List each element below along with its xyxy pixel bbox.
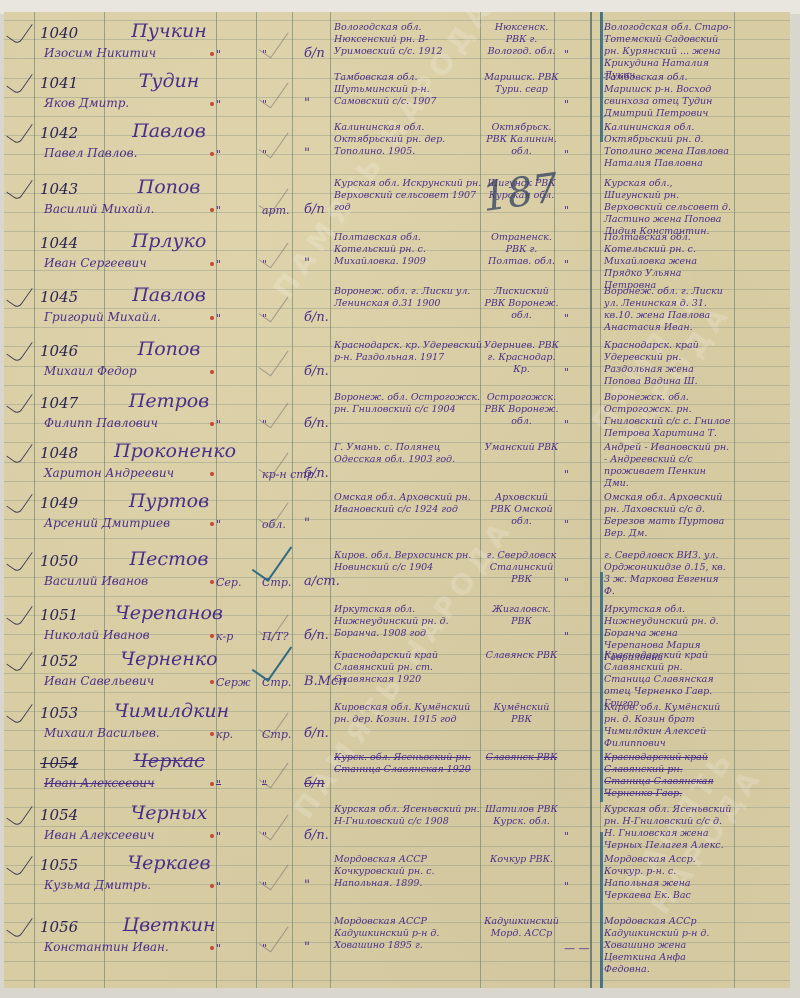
surname: Попов (114, 338, 224, 360)
red-dot-mark (210, 262, 214, 266)
table-row: 1042ПавловПавел Павлов."""Калининская об… (4, 120, 790, 172)
party-status: б/п. (304, 364, 329, 379)
ditto-mark: " (564, 418, 569, 431)
ditto-mark: " (564, 258, 569, 271)
draft-office: Уманский РВК (484, 442, 559, 454)
surname: Попов (114, 176, 224, 198)
surname: Черкас (114, 750, 224, 772)
next-of-kin-address: Краснодарский край Славянский рн. Станиц… (604, 752, 732, 800)
given-name-patronymic: Иван Алексеевич (44, 776, 154, 790)
given-name-patronymic: Яков Дмитр. (44, 96, 129, 110)
next-of-kin-address: Киров. обл. Кумёнский рн. д. Козин брат … (604, 702, 732, 750)
table-row: 1049ПуртовАрсений Дмитриев"обл."Омская о… (4, 490, 790, 542)
birthplace-year: Краснодарск. кр. Удеревский р-н. Раздоль… (334, 340, 484, 364)
surname: Черных (114, 802, 224, 824)
table-row: 1046ПоповМихаил Федорб/п.Краснодарск. кр… (4, 338, 790, 390)
table-row: 1055ЧеркаевКузьма Дмитрь."""Мордовская А… (4, 852, 790, 904)
draft-office: Жигаловск. РВК (484, 604, 559, 628)
next-of-kin-address: Полтавская обл. Котельский рн. с. Михайл… (604, 232, 732, 292)
ditto-mark: " (564, 48, 569, 61)
record-number: 1055 (40, 856, 78, 874)
surname: Павлов (114, 120, 224, 142)
pencil-check-icon (258, 235, 288, 269)
checkmark-icon (6, 172, 33, 201)
next-of-kin-address: Воронежск. обл. Острогожск. рн. Гниловск… (604, 392, 732, 440)
surname: Пуртов (114, 490, 224, 512)
party-status: б/п. (304, 628, 329, 643)
surname: Цветкин (114, 914, 224, 936)
given-name-patronymic: Григорий Михайл. (44, 310, 161, 324)
record-number: 1045 (40, 288, 78, 306)
record-number: 1054 (40, 806, 78, 824)
draft-office: Острогожск. РВК Воронеж. обл. (484, 392, 559, 428)
rank-mark: Серж (216, 676, 250, 689)
party-status: б/п (304, 46, 325, 61)
red-dot-mark (210, 370, 214, 374)
rank-mark: кр. (216, 728, 233, 741)
party-status: б/п (304, 776, 325, 791)
table-row: 1056ЦветкинКонстантин Иван."""Мордовская… (4, 914, 790, 966)
given-name-patronymic: Иван Савельевич (44, 674, 154, 688)
party-status: " (304, 516, 310, 531)
given-name-patronymic: Арсений Дмитриев (44, 516, 170, 530)
record-number: 1047 (40, 394, 78, 412)
record-number: 1049 (40, 494, 78, 512)
record-number: 1042 (40, 124, 78, 142)
birthplace-year: Вологодская обл. Нюксенский рн. В-Уримов… (334, 22, 484, 58)
pencil-check-icon (258, 857, 288, 891)
record-number: 1048 (40, 444, 78, 462)
table-row: 1043ПоповВасилий Михайл."арт.б/пКурская … (4, 176, 790, 228)
table-row: 1054ЧеркасИван Алексеевич""б/пКурск. обл… (4, 750, 790, 802)
birthplace-year: Г. Умань. с. Полянец Одесская обл. 1903 … (334, 442, 484, 466)
record-number: 1044 (40, 234, 78, 252)
given-name-patronymic: Михаил Федор (44, 364, 137, 378)
given-name-patronymic: Михаил Васильев. (44, 726, 160, 740)
pencil-check-icon (258, 755, 288, 789)
red-dot-mark (210, 102, 214, 106)
draft-office: Нюксенск. РВК г. Вологод. обл. (484, 22, 559, 58)
draft-office: Кочкур РВК. (484, 854, 559, 866)
birthplace-year: Краснодарский край Славянский рн. ст. Сл… (334, 650, 484, 686)
next-of-kin-address: Тамбовская обл. Маришск р-н. Восход свин… (604, 72, 732, 120)
rank-mark: " (216, 148, 221, 161)
birthplace-year: Омская обл. Арховский рн. Ивановский с/с… (334, 492, 484, 516)
surname: Петров (114, 390, 224, 412)
next-of-kin-address: г. Свердловск ВИЗ. ул. Орджоникидзе д.15… (604, 550, 732, 598)
next-of-kin-address: Курская обл. Ясеньвский рн. Н-Гниловский… (604, 804, 732, 852)
table-row: 1047ПетровФилипп Павлович""б/п.Воронеж. … (4, 390, 790, 442)
red-dot-mark (210, 52, 214, 56)
party-status: " (304, 96, 310, 111)
pencil-check-icon (258, 25, 288, 59)
rank-mark: " (216, 418, 221, 431)
draft-office: Удерниев. РВК г. Краснодар. Кр. (484, 340, 559, 376)
record-number: 1056 (40, 918, 78, 936)
next-of-kin-address: Мордовская Асср. Кочкур. р-н. с. Напольн… (604, 854, 732, 902)
red-dot-mark (210, 680, 214, 684)
ditto-mark: " (564, 366, 569, 379)
red-dot-mark (210, 152, 214, 156)
surname: Павлов (114, 284, 224, 306)
birthplace-year: Иркутская обл. Нижнеудинский рн. д. Бора… (334, 604, 484, 640)
red-dot-mark (210, 732, 214, 736)
birthplace-year: Воронеж. обл. Острогожск. рн. Гниловский… (334, 392, 484, 416)
draft-office: г. Свердловск Сталинский РВК (484, 550, 559, 586)
red-dot-mark (210, 422, 214, 426)
party-status: " (304, 878, 310, 893)
draft-office: Кадушкинский Морд. АССр (484, 916, 559, 940)
given-name-patronymic: Иван Сергеевич (44, 256, 147, 270)
next-of-kin-address: Андрей - Ивановский рн. - Андреевский с/… (604, 442, 732, 490)
birthplace-year: Курская обл. Искрунский рн. Верховский с… (334, 178, 484, 214)
checkmark-icon (6, 696, 33, 725)
ditto-mark: " (564, 204, 569, 217)
given-name-patronymic: Константин Иван. (44, 940, 169, 954)
checkmark-icon (6, 66, 33, 95)
birthplace-year: Курская обл. Ясеньвский рн. Н-Гниловский… (334, 804, 484, 828)
party-status: б/п. (304, 466, 329, 481)
red-dot-mark (210, 834, 214, 838)
draft-office: Маришск. РВК Тури. сеар (484, 72, 559, 96)
checkmark-icon (6, 334, 33, 363)
rank-mark: " (216, 258, 221, 271)
birthplace-year: Курск. обл. Ясеньвский рн. Станица Славя… (334, 752, 484, 776)
party-status: " (304, 146, 310, 161)
party-status: а/ст. (304, 574, 340, 589)
record-number: 1043 (40, 180, 78, 198)
ditto-mark: " (564, 312, 569, 325)
record-number: 1052 (40, 652, 78, 670)
surname: Чимилдкин (114, 700, 224, 722)
record-number: 1054 (40, 754, 78, 772)
table-row: 1052ЧерненкоИван СавельевичСержСтр.В.Мсп… (4, 648, 790, 700)
red-dot-mark (210, 522, 214, 526)
surname: Черкаев (114, 852, 224, 874)
ditto-mark: " (564, 880, 569, 893)
ditto-mark: " (564, 468, 569, 481)
birthplace-year: Калининская обл. Октябрьский рн. дер. То… (334, 122, 484, 158)
birthplace-year: Киров. обл. Верхосинск рн. Новинский с/с… (334, 550, 484, 574)
red-dot-mark (210, 580, 214, 584)
draft-office: Отраненск. РВК г. Полтав. обл. (484, 232, 559, 268)
ruling-line (4, 174, 790, 175)
party-status: " (304, 940, 310, 955)
table-row: 1045ПавловГригорий Михайл.""б/п.Воронеж.… (4, 284, 790, 336)
party-status: б/п. (304, 310, 329, 325)
draft-office: Славянск РВК (484, 650, 559, 662)
record-number: 1053 (40, 704, 78, 722)
checkmark-icon (6, 544, 33, 573)
checkmark-icon (6, 16, 33, 45)
checkmark-icon (6, 644, 33, 673)
given-name-patronymic: Николай Иванов (44, 628, 150, 642)
table-row: 1040ПучкинИзосим Никитич""б/пВологодская… (4, 20, 790, 72)
party-status: б/п. (304, 726, 329, 741)
checkmark-icon (6, 798, 33, 827)
next-of-kin-address: Калининская обл. Октябрьский рн. д. Топо… (604, 122, 732, 170)
table-row: 1048ПроконенкоХаритон Андреевичкр-н стр.… (4, 440, 790, 492)
checkmark-icon (6, 598, 33, 627)
given-name-patronymic: Василий Иванов (44, 574, 148, 588)
birthplace-year: Тамбовская обл. Шутьминский р-н. Самовск… (334, 72, 484, 108)
surname: Пестов (114, 548, 224, 570)
next-of-kin-address: Воронеж. обл. г. Лиски ул. Ленинская д. … (604, 286, 732, 334)
draft-office: Лискиский РВК Воронеж. обл. (484, 286, 559, 322)
rank-mark: " (216, 204, 221, 217)
rank-mark: " (216, 518, 221, 531)
record-number: 1046 (40, 342, 78, 360)
pencil-check-icon (258, 125, 288, 159)
given-name-patronymic: Харитон Андреевич (44, 466, 174, 480)
record-number: 1050 (40, 552, 78, 570)
rank-mark: " (216, 98, 221, 111)
pencil-check-icon (258, 395, 288, 429)
red-dot-mark (210, 634, 214, 638)
surname: Черепанов (114, 602, 224, 624)
rank-mark: " (216, 48, 221, 61)
checkmark-icon (6, 116, 33, 145)
given-name-patronymic: Павел Павлов. (44, 146, 137, 160)
draft-office: Кумёнский РВК (484, 702, 559, 726)
pencil-check-icon (258, 75, 288, 109)
rank-mark: " (216, 778, 221, 791)
pencil-check-icon (258, 343, 288, 377)
handwritten-overmark: 187 (479, 165, 561, 221)
surname: Пучкин (114, 20, 224, 42)
checkmark-icon (6, 280, 33, 309)
ditto-mark: " (564, 518, 569, 531)
red-dot-mark (210, 208, 214, 212)
given-name-patronymic: Изосим Никитич (44, 46, 156, 60)
next-of-kin-address: Омская обл. Арховский рн. Лаховский с/с … (604, 492, 732, 540)
birthplace-year: Полтавская обл. Котельский рн. с. Михайл… (334, 232, 484, 268)
table-row: 1050ПестовВасилий ИвановСер.Стр.а/ст.Кир… (4, 548, 790, 600)
birthplace-year: Мордовская АССР Кадушкинский р-н д. Хова… (334, 916, 484, 952)
ditto-mark: — — (564, 942, 590, 955)
checkmark-icon (6, 910, 33, 939)
given-name-patronymic: Кузьма Дмитрь. (44, 878, 151, 892)
draft-office: Арховский РВК Омской обл. (484, 492, 559, 528)
party-status: б/п. (304, 416, 329, 431)
rank-mark: Сер. (216, 576, 241, 589)
red-dot-mark (210, 472, 214, 476)
red-dot-mark (210, 884, 214, 888)
next-of-kin-address: Краснодарск. край Удеревский рн. Раздоль… (604, 340, 732, 388)
rank-mark: " (216, 942, 221, 955)
ruling-line (4, 980, 790, 981)
draft-office: Октябрьск. РВК Калинин. обл. (484, 122, 559, 158)
red-dot-mark (210, 782, 214, 786)
checkmark-icon (6, 436, 33, 465)
ditto-mark: " (564, 98, 569, 111)
given-name-patronymic: Иван Алексеевич (44, 828, 154, 842)
red-dot-mark (210, 946, 214, 950)
surname: Тудин (114, 70, 224, 92)
rank-mark: " (216, 880, 221, 893)
pencil-check-icon (258, 807, 288, 841)
pencil-check-icon (258, 289, 288, 323)
birthplace-year: Мордовская АССР Кочкуровский рн. с. Напо… (334, 854, 484, 890)
record-number: 1051 (40, 606, 78, 624)
draft-office: Славянск РВК (484, 752, 559, 764)
checkmark-icon (6, 486, 33, 515)
ditto-mark: " (564, 576, 569, 589)
rank-mark: к-р (216, 630, 233, 643)
rank-mark: " (216, 312, 221, 325)
birthplace-year: Воронеж. обл. г. Лиски ул. Ленинская д.3… (334, 286, 484, 310)
party-status: б/п (304, 202, 325, 217)
table-row: 1044ПрлукоИван Сергеевич"""Полтавская об… (4, 230, 790, 282)
next-of-kin-address: Курская обл., Шигунский рн. Верховский с… (604, 178, 732, 238)
ditto-mark: " (564, 148, 569, 161)
birthplace-year: Кировская обл. Кумёнский рн. дер. Козин.… (334, 702, 484, 726)
next-of-kin-address: Мордовская АССр Кадушкинский р-н д. Хова… (604, 916, 732, 976)
checkmark-icon (6, 386, 33, 415)
surname: Проконенко (114, 440, 224, 462)
given-name-patronymic: Василий Михайл. (44, 202, 154, 216)
ditto-mark: " (564, 630, 569, 643)
table-row: 1051ЧерепановНиколай Ивановк-рП/Т?б/п.Ир… (4, 602, 790, 654)
red-dot-mark (210, 316, 214, 320)
party-status: " (304, 256, 310, 271)
given-name-patronymic: Филипп Павлович (44, 416, 158, 430)
surname: Прлуко (114, 230, 224, 252)
ledger-page: ПАМЯТЬ НАРОДА ПАМЯТЬ НАРОДА ПАМЯТЬ НАРОД… (4, 12, 790, 988)
table-row: 1041ТудинЯков Дмитр."""Тамбовская обл. Ш… (4, 70, 790, 122)
party-status: б/п. (304, 828, 329, 843)
table-row: 1054ЧерныхИван Алексеевич""б/п.Курская о… (4, 802, 790, 854)
ditto-mark: " (564, 830, 569, 843)
table-row: 1053ЧимилдкинМихаил Васильев.кр.Стр.б/п.… (4, 700, 790, 752)
surname: Черненко (114, 648, 224, 670)
checkmark-icon (6, 848, 33, 877)
pencil-check-icon (258, 919, 288, 953)
record-number: 1041 (40, 74, 78, 92)
rank-mark: " (216, 830, 221, 843)
draft-office: Шатилов РВК Курск. обл. (484, 804, 559, 828)
record-number: 1040 (40, 24, 78, 42)
